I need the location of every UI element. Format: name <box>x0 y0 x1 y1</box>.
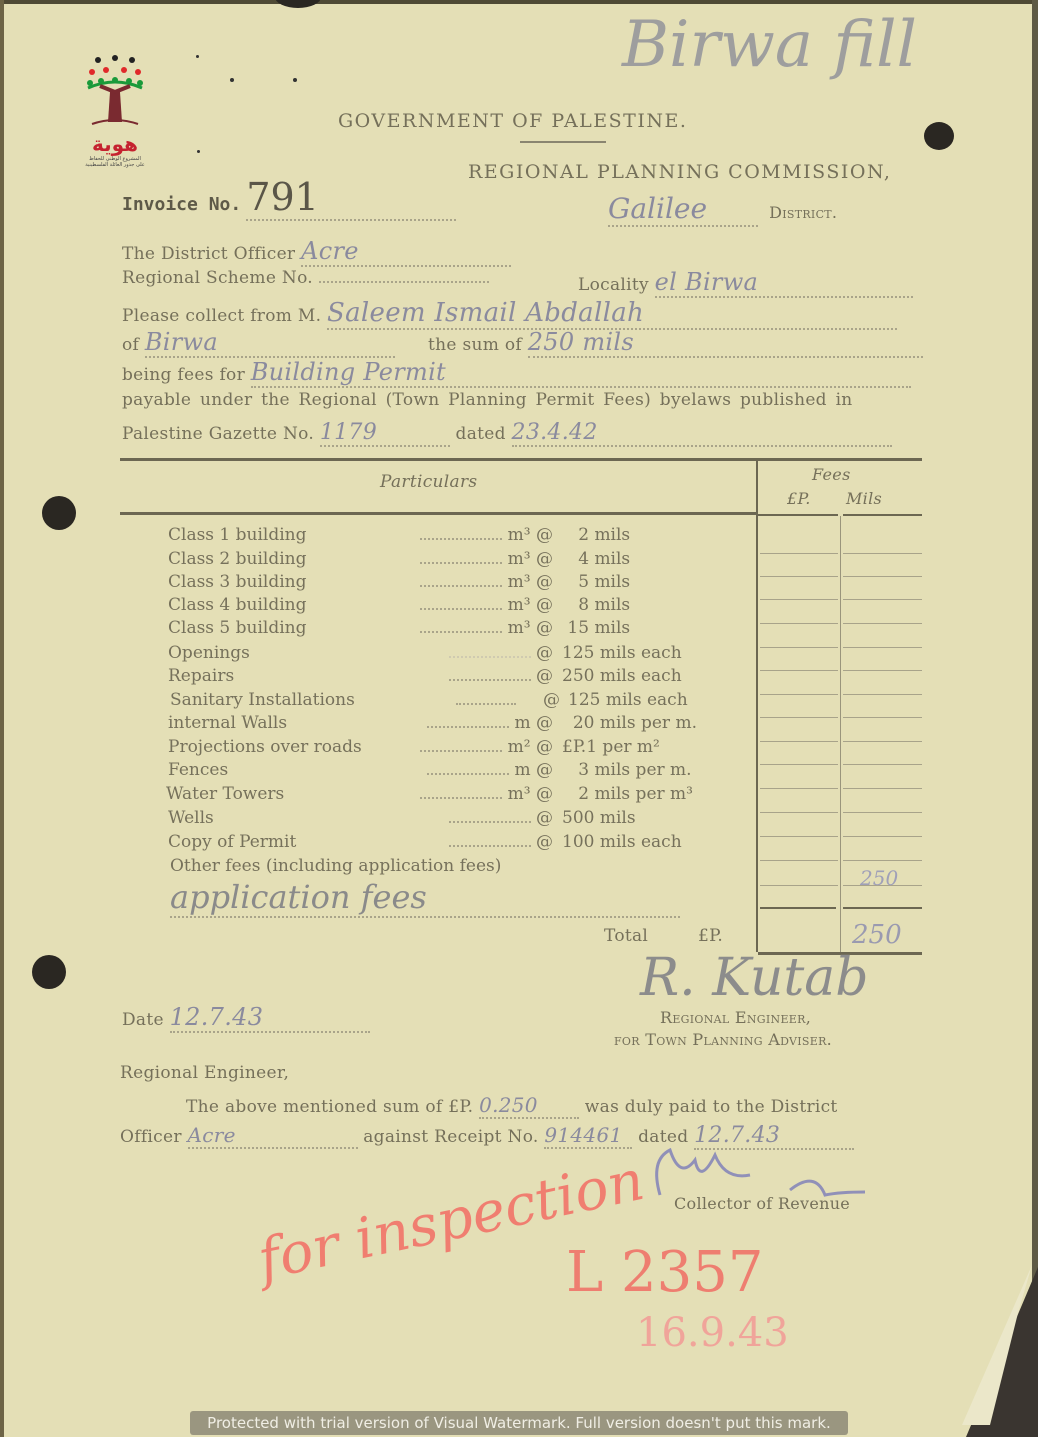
row-unit: m² @ <box>410 737 553 757</box>
row-item: Repairs <box>168 666 234 686</box>
row-item: Wells <box>168 808 214 828</box>
row-rate: 2 mils per m³ <box>562 784 693 804</box>
hawiya-logo: هوية المشروع الوطني للحفاظ على جذور العا… <box>84 52 146 168</box>
row-rate: 100 mils each <box>562 832 682 852</box>
row-item: Fences <box>168 760 228 780</box>
sum-label: the sum of <box>428 335 522 355</box>
fees-for-label: being fees for <box>122 365 245 385</box>
collector-label: Collector of Revenue <box>674 1194 850 1213</box>
speck <box>230 78 234 82</box>
speck <box>197 150 200 153</box>
lp-header: £P. <box>787 489 811 508</box>
invoice-value: 791 <box>246 175 456 221</box>
particulars-header: Particulars <box>380 472 477 492</box>
row-item: Projections over roads <box>168 737 362 757</box>
district-officer-line: The District Officer Acre <box>122 237 511 267</box>
row-rate: 3 mils per m. <box>562 760 692 780</box>
row-item: Openings <box>168 643 250 663</box>
row-item: Copy of Permit <box>168 832 296 852</box>
mils-column-divider <box>840 516 841 952</box>
row-unit: m³ @ <box>410 549 553 569</box>
date-line: Date 12.7.43 <box>122 1003 370 1033</box>
paid-amount: 0.250 <box>479 1093 579 1119</box>
district-value: Galilee <box>608 192 758 227</box>
district-label: District. <box>769 203 837 222</box>
collect-line: Please collect from M. Saleem Ismail Abd… <box>122 298 897 330</box>
punch-hole <box>42 496 76 530</box>
speck <box>196 55 199 58</box>
payable-text: payable under the Regional (Town Plannin… <box>122 390 853 410</box>
row-unit: m³ @ <box>410 595 553 615</box>
collector-signature-icon <box>640 1140 870 1200</box>
logo-subtitle: المشروع الوطني للحفاظ على جذور العائلة ا… <box>84 156 146 168</box>
row-unit: @ <box>410 643 553 663</box>
of-value: Birwa <box>145 328 395 358</box>
fees-for-value: Building Permit <box>251 358 911 388</box>
row-item: Class 2 building <box>168 549 307 569</box>
row-unit: @ <box>410 690 560 710</box>
speck <box>293 78 297 82</box>
sum-value: 250 mils <box>528 328 923 358</box>
scheme-line: Regional Scheme No. <box>122 268 489 288</box>
paid-line: The above mentioned sum of £P. 0.250 was… <box>186 1093 838 1119</box>
fees-for-line: being fees for Building Permit <box>122 358 911 388</box>
row-rate: 250 mils each <box>562 666 682 686</box>
adviser-title: for Town Planning Adviser. <box>614 1030 832 1049</box>
district-officer-label: The District Officer <box>122 244 295 264</box>
officer-value: Acre <box>188 1123 358 1149</box>
sum-line: the sum of 250 mils <box>428 328 923 358</box>
total-mils: 250 <box>852 920 902 950</box>
row-rate: 20 mils per m. <box>562 713 697 733</box>
row-item: Class 3 building <box>168 572 307 592</box>
document-page: هوية المشروع الوطني للحفاظ على جذور العا… <box>0 0 1038 1437</box>
row-rate: 5 mils <box>562 572 630 592</box>
receipt-value: 914461 <box>544 1123 632 1149</box>
commission-title: REGIONAL PLANNING COMMISSION, <box>468 161 891 183</box>
gazette-value: 1179 <box>320 420 450 447</box>
engineer-signature: R. Kutab <box>640 948 869 1008</box>
row-rate: 8 mils <box>562 595 630 615</box>
gazette-dated-value: 23.4.42 <box>512 420 892 447</box>
page-edge-left <box>0 0 4 1437</box>
title-underline <box>520 141 606 143</box>
row-unit: m @ <box>410 760 553 780</box>
row-item: internal Walls <box>168 713 287 733</box>
engineer-title: Regional Engineer, <box>660 1008 811 1027</box>
scheme-label: Regional Scheme No. <box>122 268 313 288</box>
date-value: 12.7.43 <box>170 1003 370 1033</box>
district-officer-value: Acre <box>301 237 511 267</box>
row-unit: @ <box>410 808 553 828</box>
table-top-rule <box>120 458 922 461</box>
watermark-banner: Protected with trial version of Visual W… <box>190 1411 848 1435</box>
reference-annotation: L 2357 <box>566 1240 764 1305</box>
of-line: of Birwa <box>122 328 395 358</box>
logo-arabic-text: هوية <box>84 132 146 156</box>
other-fees-label: Other fees (including application fees) <box>170 856 501 876</box>
paid-text-1: The above mentioned sum of £P. <box>186 1097 473 1117</box>
total-currency: £P. <box>698 926 723 946</box>
of-label: of <box>122 335 139 355</box>
tree-people-icon <box>84 52 146 132</box>
other-fees-value: application fees <box>170 878 680 918</box>
other-fees-mils: 250 <box>860 866 898 890</box>
row-rate: 125 mils each <box>568 690 688 710</box>
row-unit: @ <box>410 832 553 852</box>
officer-label: Officer <box>120 1127 182 1147</box>
row-item: Water Towers <box>166 784 284 804</box>
row-item: Class 4 building <box>168 595 307 615</box>
scheme-value <box>319 281 489 283</box>
fees-header: Fees <box>812 465 851 484</box>
table-header-rule <box>120 512 756 515</box>
gazette-line: Palestine Gazette No. 1179 dated 23.4.42 <box>122 420 892 447</box>
punch-hole <box>32 955 66 989</box>
addressee: Regional Engineer, <box>120 1063 289 1083</box>
row-item: Class 5 building <box>168 618 307 638</box>
gazette-label: Palestine Gazette No. <box>122 424 314 444</box>
row-unit: m³ @ <box>410 525 553 545</box>
date-annotation: 16.9.43 <box>636 1310 789 1356</box>
receipt-label: against Receipt No. <box>363 1127 538 1147</box>
page-edge-right <box>1032 0 1038 1437</box>
date-label: Date <box>122 1010 164 1030</box>
top-annotation: Birwa fill <box>622 8 917 82</box>
row-rate: 125 mils each <box>562 643 682 663</box>
row-rate: 2 mils <box>562 525 630 545</box>
invoice-label: Invoice No. <box>122 194 241 215</box>
mils-header: Mils <box>846 489 882 508</box>
ink-blot <box>275 0 321 8</box>
total-label: Total <box>604 926 648 946</box>
row-item: Class 1 building <box>168 525 307 545</box>
table-header-rule-lp <box>758 514 838 516</box>
row-rate: 15 mils <box>562 618 630 638</box>
row-unit: @ <box>410 666 553 686</box>
page-edge-top <box>0 0 1038 4</box>
district-line: Galilee District. <box>608 192 837 227</box>
other-fees-line: application fees <box>170 878 680 918</box>
locality-value: el Birwa <box>655 268 913 298</box>
collect-value: Saleem Ismail Abdallah <box>327 298 897 330</box>
row-item: Sanitary Installations <box>170 690 355 710</box>
row-rate: £P.1 per m² <box>562 737 660 757</box>
row-unit: m³ @ <box>410 784 553 804</box>
table-header-rule-mils <box>843 514 922 516</box>
row-rate: 4 mils <box>562 549 630 569</box>
row-unit: m³ @ <box>410 618 553 638</box>
row-unit: m³ @ <box>410 572 553 592</box>
row-rate: 500 mils <box>562 808 636 828</box>
invoice-line: Invoice No. 791 <box>122 175 456 221</box>
locality-line: Locality el Birwa <box>578 268 913 298</box>
government-title: GOVERNMENT OF PALESTINE. <box>338 110 687 132</box>
paid-text-2: was duly paid to the District <box>585 1097 838 1117</box>
gazette-dated-label: dated <box>456 424 506 444</box>
locality-label: Locality <box>578 275 649 295</box>
fees-column-divider <box>756 460 758 952</box>
collect-label: Please collect from M. <box>122 306 321 326</box>
punch-hole <box>924 122 954 150</box>
row-unit: m @ <box>410 713 553 733</box>
